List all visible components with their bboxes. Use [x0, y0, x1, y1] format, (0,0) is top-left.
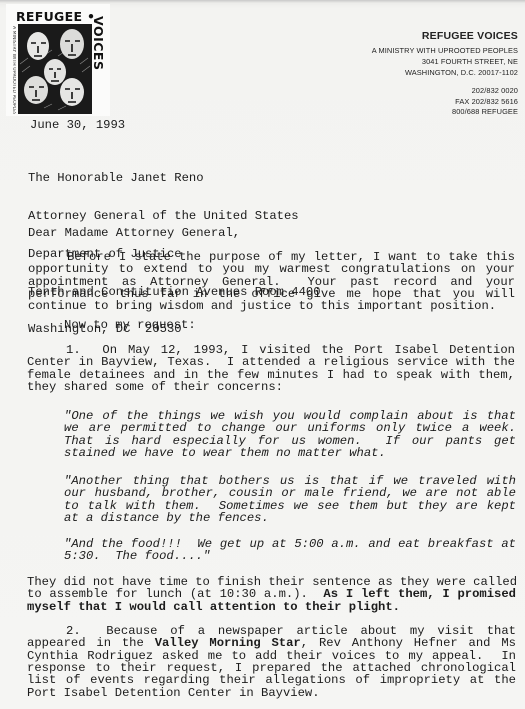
letterhead-tagline: A MINISTRY WITH UPROOTED PEOPLES: [372, 45, 518, 56]
paragraph-line: myself that I would call attention to th…: [27, 601, 516, 613]
quote-line: stained we have to wear them no matter w…: [64, 447, 516, 459]
request-intro: Now to my request:: [64, 318, 196, 332]
paragraph-2: 2. Because of a newspaper article about …: [27, 625, 516, 699]
quote-line: we are permitted to change our uniforms …: [64, 422, 516, 434]
salutation: Dear Madame Attorney General,: [28, 226, 240, 240]
paragraph-line: continue to bring wisdom and justice to …: [28, 300, 515, 312]
faces-woodcut-icon: [18, 24, 92, 114]
quote-family: "Another thing that bothers us is that i…: [64, 475, 516, 524]
quote-line: our husband, brother, cousin or male fri…: [64, 487, 516, 499]
logo-tagline-vertical: A MINISTRY WITH UPROOTED PEOPLES: [8, 26, 16, 114]
paragraph-1: 1. On May 12, 1993, I visited the Port I…: [27, 344, 515, 393]
logo-title-vertical: VOICES: [92, 16, 106, 91]
letterhead-organization: REFUGEE VOICES: [372, 30, 518, 42]
after-quotes-paragraph: They did not have time to finish their s…: [27, 576, 516, 613]
quote-line: 5:30. The food....": [64, 550, 516, 562]
recipient-line: Attorney General of the United States: [28, 210, 321, 223]
letterhead-fax: FAX 202/832 5616: [372, 97, 518, 108]
quote-uniforms: "One of the things we wish you would com…: [64, 410, 516, 459]
paragraph-line: opportunity to extend to you my warmest …: [28, 263, 515, 275]
letterhead-contacts: 202/832 0020 FAX 202/832 5616 800/688 RE…: [372, 86, 518, 118]
quote-food: "And the food!!! We get up at 5:00 a.m. …: [64, 538, 516, 563]
quote-line: at a distance by the fences.: [64, 512, 516, 524]
logo-title: REFUGEE •: [16, 9, 95, 24]
paragraph-line: to assemble for lunch (at 10:30 a.m.). A…: [27, 588, 516, 600]
paragraph-line: list of events regarding their allegatio…: [27, 674, 516, 686]
letterhead-city: WASHINGTON, D.C. 20017-1102: [372, 67, 518, 78]
paragraph-line: Port Isabel Detention Center in Bayview.: [27, 687, 516, 699]
letter-date: June 30, 1993: [30, 118, 125, 132]
letterhead-tollfree: 800/688 REFUGEE: [372, 107, 518, 118]
paragraph-line: they shared some of their concerns:: [27, 381, 515, 393]
letterhead-street: 3041 FOURTH STREET, NE: [372, 56, 518, 67]
letterhead-phone: 202/832 0020: [372, 86, 518, 97]
refugee-voices-logo: REFUGEE • VOICES A MINISTRY WITH UPROOTE…: [6, 4, 110, 116]
recipient-line: The Honorable Janet Reno: [28, 172, 321, 185]
letterhead: REFUGEE VOICES A MINISTRY WITH UPROOTED …: [372, 30, 518, 118]
letter-page: REFUGEE • VOICES A MINISTRY WITH UPROOTE…: [0, 0, 525, 709]
paragraph-line: Center in Bayview, Texas. I attended a r…: [27, 356, 515, 368]
paragraph-line: appeared in the Valley Morning Star, Rev…: [27, 637, 516, 649]
intro-paragraph: Before I state the purpose of my letter,…: [28, 251, 515, 313]
